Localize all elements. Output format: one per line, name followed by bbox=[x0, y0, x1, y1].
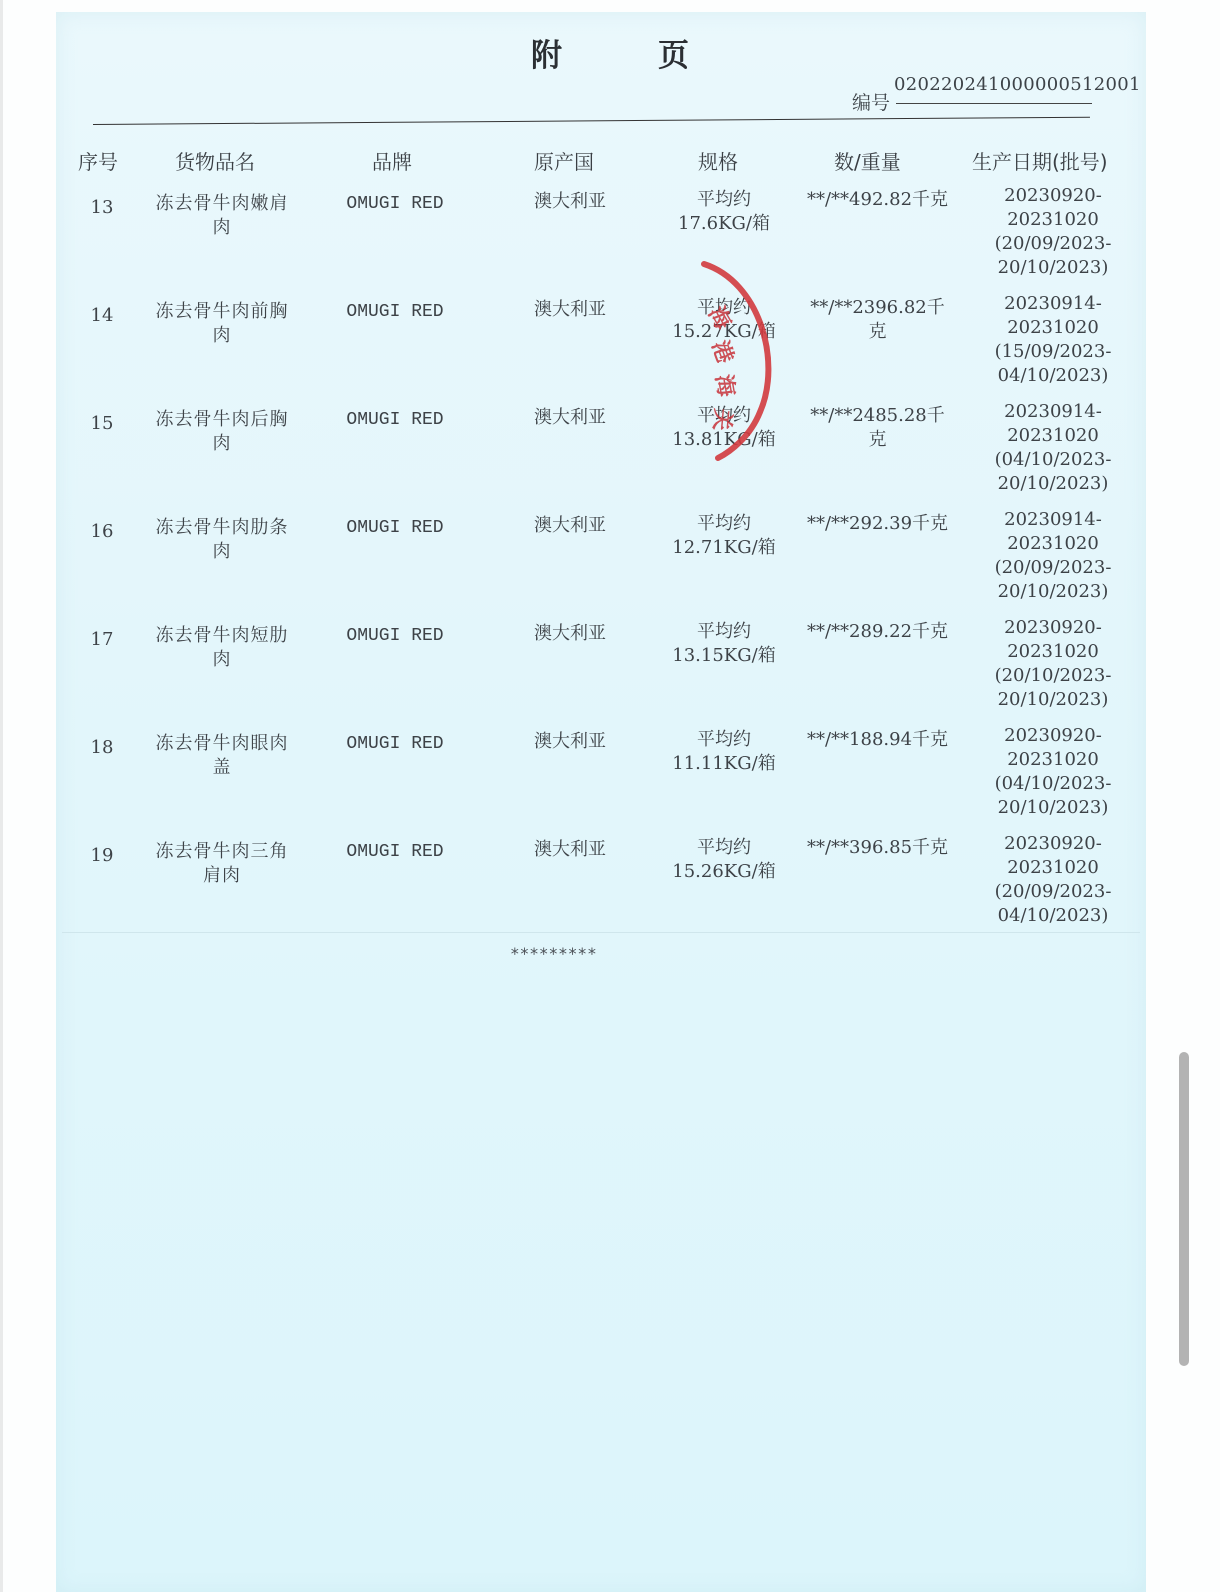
row-index: 14 bbox=[88, 304, 116, 328]
production-date: 20230920-20231020(04/10/2023-20/10/2023) bbox=[988, 724, 1118, 820]
quantity-weight-line: **/**289.22千克 bbox=[790, 620, 965, 644]
goods-name: 冻去骨牛肉前胸肉 bbox=[145, 300, 299, 348]
production-date-line: (15/09/2023- bbox=[988, 340, 1118, 364]
production-date: 20230914-20231020(04/10/2023-20/10/2023) bbox=[988, 400, 1118, 496]
production-date-line: 20230920- bbox=[988, 184, 1118, 208]
specification: 平均约15.26KG/箱 bbox=[660, 836, 788, 884]
row-index: 15 bbox=[88, 412, 116, 436]
quantity-weight: **/**396.85千克 bbox=[790, 836, 965, 860]
goods-name-line: 肉 bbox=[145, 324, 299, 348]
row-index: 19 bbox=[88, 844, 116, 868]
production-date-line: 20230920- bbox=[988, 616, 1118, 640]
quantity-weight-line: **/**396.85千克 bbox=[790, 836, 965, 860]
goods-name-line: 冻去骨牛肉三角 bbox=[145, 840, 299, 864]
production-date-line: (20/09/2023- bbox=[988, 556, 1118, 580]
specification-line: 17.6KG/箱 bbox=[660, 212, 788, 236]
specification: 平均约12.71KG/箱 bbox=[660, 512, 788, 560]
specification: 平均约13.81KG/箱 bbox=[660, 404, 788, 452]
brand: OMUGI RED bbox=[340, 624, 450, 648]
header-origin: 原产国 bbox=[534, 146, 594, 175]
goods-name: 冻去骨牛肉短肋肉 bbox=[145, 624, 299, 672]
production-date: 20230914-20231020(20/09/2023-20/10/2023) bbox=[988, 508, 1118, 604]
quantity-weight-line: **/**2485.28千 bbox=[790, 404, 965, 428]
table-end-line bbox=[62, 932, 1140, 933]
production-date-line: 20231020 bbox=[988, 316, 1118, 340]
production-date-line: 20231020 bbox=[988, 532, 1118, 556]
table-row: 14冻去骨牛肉前胸肉OMUGI RED澳大利亚平均约15.27KG/箱**/**… bbox=[0, 294, 1220, 402]
origin-country: 澳大利亚 bbox=[524, 838, 616, 862]
quantity-weight-line: **/**292.39千克 bbox=[790, 512, 965, 536]
goods-name: 冻去骨牛肉眼肉盖 bbox=[145, 732, 299, 780]
quantity-weight-line: **/**188.94千克 bbox=[790, 728, 965, 752]
production-date: 20230914-20231020(15/09/2023-04/10/2023) bbox=[988, 292, 1118, 388]
specification-line: 平均约 bbox=[660, 728, 788, 752]
brand: OMUGI RED bbox=[340, 408, 450, 432]
production-date-line: (04/10/2023- bbox=[988, 448, 1118, 472]
production-date-line: 20230914- bbox=[988, 508, 1118, 532]
serial-underline bbox=[896, 103, 1092, 104]
table-row: 15冻去骨牛肉后胸肉OMUGI RED澳大利亚平均约13.81KG/箱**/**… bbox=[0, 402, 1220, 510]
serial-value: 020220241000000512001 bbox=[894, 74, 1141, 95]
quantity-weight-line: 克 bbox=[790, 428, 965, 452]
quantity-weight: **/**188.94千克 bbox=[790, 728, 965, 752]
production-date-line: 20/10/2023) bbox=[988, 256, 1118, 280]
serial-label: 编号 bbox=[852, 88, 890, 115]
header-quantity-weight: 数/重量 bbox=[834, 146, 901, 175]
goods-name-line: 冻去骨牛肉眼肉 bbox=[145, 732, 299, 756]
specification-line: 平均约 bbox=[660, 836, 788, 860]
production-date-line: 20/10/2023) bbox=[988, 580, 1118, 604]
production-date: 20230920-20231020(20/10/2023-20/10/2023) bbox=[988, 616, 1118, 712]
goods-name-line: 冻去骨牛肉嫩肩 bbox=[145, 192, 299, 216]
specification-line: 平均约 bbox=[660, 188, 788, 212]
page-title: 附页 bbox=[0, 30, 1220, 75]
goods-name: 冻去骨牛肉三角肩肉 bbox=[145, 840, 299, 888]
specification-line: 12.71KG/箱 bbox=[660, 536, 788, 560]
goods-name-line: 盖 bbox=[145, 756, 299, 780]
specification-line: 13.15KG/箱 bbox=[660, 644, 788, 668]
goods-name: 冻去骨牛肉后胸肉 bbox=[145, 408, 299, 456]
production-date-line: 20230920- bbox=[988, 832, 1118, 856]
goods-name: 冻去骨牛肉嫩肩肉 bbox=[145, 192, 299, 240]
production-date-line: 20231020 bbox=[988, 748, 1118, 772]
table-row: 18冻去骨牛肉眼肉盖OMUGI RED澳大利亚平均约11.11KG/箱**/**… bbox=[0, 726, 1220, 834]
header-goods-name: 货物品名 bbox=[175, 146, 255, 175]
production-date-line: 20231020 bbox=[988, 208, 1118, 232]
production-date-line: 20230920- bbox=[988, 724, 1118, 748]
specification-line: 平均约 bbox=[660, 404, 788, 428]
specification-line: 平均约 bbox=[660, 620, 788, 644]
title-char-2: 页 bbox=[658, 30, 689, 75]
quantity-weight-line: **/**2396.82千 bbox=[790, 296, 965, 320]
table-row: 16冻去骨牛肉肋条肉OMUGI RED澳大利亚平均约12.71KG/箱**/**… bbox=[0, 510, 1220, 618]
production-date: 20230920-20231020(20/09/2023-20/10/2023) bbox=[988, 184, 1118, 280]
production-date-line: 04/10/2023) bbox=[988, 904, 1118, 928]
production-date-line: 20231020 bbox=[988, 640, 1118, 664]
header-index: 序号 bbox=[78, 146, 118, 175]
goods-name: 冻去骨牛肉肋条肉 bbox=[145, 516, 299, 564]
goods-name-line: 肉 bbox=[145, 648, 299, 672]
production-date-line: 20230914- bbox=[988, 400, 1118, 424]
origin-country: 澳大利亚 bbox=[524, 622, 616, 646]
specification-line: 11.11KG/箱 bbox=[660, 752, 788, 776]
brand: OMUGI RED bbox=[340, 840, 450, 864]
origin-country: 澳大利亚 bbox=[524, 730, 616, 754]
goods-name-line: 冻去骨牛肉后胸 bbox=[145, 408, 299, 432]
quantity-weight-line: 克 bbox=[790, 320, 965, 344]
table-row: 19冻去骨牛肉三角肩肉OMUGI RED澳大利亚平均约15.26KG/箱**/*… bbox=[0, 834, 1220, 942]
quantity-weight: **/**2485.28千克 bbox=[790, 404, 965, 452]
specification: 平均约11.11KG/箱 bbox=[660, 728, 788, 776]
goods-name-line: 冻去骨牛肉短肋 bbox=[145, 624, 299, 648]
production-date-line: 20/10/2023) bbox=[988, 796, 1118, 820]
production-date-line: 20/10/2023) bbox=[988, 472, 1118, 496]
row-index: 18 bbox=[88, 736, 116, 760]
brand: OMUGI RED bbox=[340, 192, 450, 216]
production-date-line: (20/10/2023- bbox=[988, 664, 1118, 688]
goods-name-line: 肩肉 bbox=[145, 864, 299, 888]
quantity-weight-line: **/**492.82千克 bbox=[790, 188, 965, 212]
end-marker: ********* bbox=[510, 944, 597, 963]
production-date-line: 04/10/2023) bbox=[988, 364, 1118, 388]
brand: OMUGI RED bbox=[340, 516, 450, 540]
origin-country: 澳大利亚 bbox=[524, 298, 616, 322]
production-date: 20230920-20231020(20/09/2023-04/10/2023) bbox=[988, 832, 1118, 928]
row-index: 16 bbox=[88, 520, 116, 544]
quantity-weight: **/**492.82千克 bbox=[790, 188, 965, 212]
origin-country: 澳大利亚 bbox=[524, 514, 616, 538]
production-date-line: (20/09/2023- bbox=[988, 232, 1118, 256]
vertical-scrollbar[interactable] bbox=[1179, 1052, 1189, 1366]
origin-country: 澳大利亚 bbox=[524, 190, 616, 214]
goods-name-line: 冻去骨牛肉前胸 bbox=[145, 300, 299, 324]
production-date-line: (04/10/2023- bbox=[988, 772, 1118, 796]
specification: 平均约15.27KG/箱 bbox=[660, 296, 788, 344]
row-index: 13 bbox=[88, 196, 116, 220]
brand: OMUGI RED bbox=[340, 300, 450, 324]
header-brand: 品牌 bbox=[372, 146, 412, 175]
quantity-weight: **/**289.22千克 bbox=[790, 620, 965, 644]
origin-country: 澳大利亚 bbox=[524, 406, 616, 430]
specification-line: 平均约 bbox=[660, 296, 788, 320]
table-row: 17冻去骨牛肉短肋肉OMUGI RED澳大利亚平均约13.15KG/箱**/**… bbox=[0, 618, 1220, 726]
specification: 平均约13.15KG/箱 bbox=[660, 620, 788, 668]
goods-name-line: 肉 bbox=[145, 216, 299, 240]
row-index: 17 bbox=[88, 628, 116, 652]
header-production-date: 生产日期(批号) bbox=[972, 146, 1108, 175]
specification: 平均约17.6KG/箱 bbox=[660, 188, 788, 236]
specification-line: 平均约 bbox=[660, 512, 788, 536]
quantity-weight: **/**292.39千克 bbox=[790, 512, 965, 536]
specification-line: 15.26KG/箱 bbox=[660, 860, 788, 884]
goods-name-line: 冻去骨牛肉肋条 bbox=[145, 516, 299, 540]
production-date-line: 20231020 bbox=[988, 424, 1118, 448]
production-date-line: 20230914- bbox=[988, 292, 1118, 316]
table-row: 13冻去骨牛肉嫩肩肉OMUGI RED澳大利亚平均约17.6KG/箱**/**4… bbox=[0, 186, 1220, 294]
brand: OMUGI RED bbox=[340, 732, 450, 756]
goods-name-line: 肉 bbox=[145, 432, 299, 456]
goods-name-line: 肉 bbox=[145, 540, 299, 564]
title-char-1: 附 bbox=[531, 30, 562, 75]
serial-number-block: 编号 020220241000000512001 bbox=[850, 70, 1122, 110]
production-date-line: 20231020 bbox=[988, 856, 1118, 880]
quantity-weight: **/**2396.82千克 bbox=[790, 296, 965, 344]
production-date-line: (20/09/2023- bbox=[988, 880, 1118, 904]
specification-line: 13.81KG/箱 bbox=[660, 428, 788, 452]
header-spec: 规格 bbox=[698, 146, 738, 175]
specification-line: 15.27KG/箱 bbox=[660, 320, 788, 344]
production-date-line: 20/10/2023) bbox=[988, 688, 1118, 712]
